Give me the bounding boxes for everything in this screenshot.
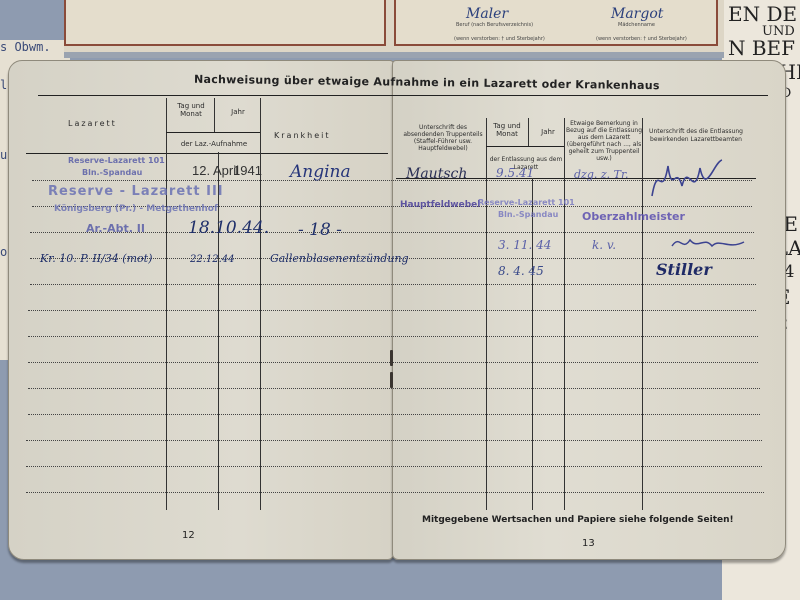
illness-handwriting: - 18 - (298, 220, 342, 240)
admission-date-handwriting: 18.10.44. (188, 218, 269, 238)
bg-right-line: N BEF (728, 36, 795, 60)
header-lazarett: Lazarett (68, 120, 117, 128)
column-divider (528, 118, 529, 146)
lazarett-stamp: Reserve-Lazarett 101 (68, 156, 165, 165)
lazarett-stamp: Reserve - Lazarett III (48, 184, 224, 199)
column-divider (642, 118, 643, 510)
top-booklet-right-page: Maler Beruf (nach Berufsverzeichnis) (we… (394, 0, 718, 46)
header-year: Jahr (220, 108, 256, 116)
official-signature-handwriting: Stiller (656, 260, 712, 279)
header-year: Jahr (534, 128, 562, 136)
header-official-signature: Unterschrift des die Entlassung bewirken… (646, 128, 746, 144)
row-rule (28, 414, 760, 415)
unit-stamp: Hauptfeldwebel (400, 200, 480, 210)
header-remarks: Etwaige Bemerkung in Bezug auf die Entla… (566, 120, 642, 162)
header-top-rule (38, 95, 768, 96)
soldbuch-open-booklet: Nachweisung über etwaige Aufnahme in ein… (8, 60, 788, 560)
subheader-rule (486, 146, 564, 147)
column-divider (486, 118, 487, 510)
bg-right-line: EN DE (728, 2, 797, 26)
staple-bottom (390, 372, 393, 388)
background-booklet-top: Maler Beruf (nach Berufsverzeichnis) (we… (64, 0, 724, 58)
staple-top (390, 350, 393, 366)
lazarett-stamp: Bln.-Spandau (82, 168, 142, 177)
name-label: Mädchenname (618, 22, 655, 28)
subheader-rule (166, 132, 260, 133)
column-divider (166, 98, 167, 510)
discharge-date-handwriting: 8. 4. 45 (498, 264, 544, 278)
page-number-left: 12 (182, 530, 195, 541)
row-rule (26, 492, 764, 493)
name-handwriting: Margot (611, 6, 663, 22)
deceased-note: (wenn verstorben: † und Sterbejahr) (596, 36, 687, 42)
deceased-note: (wenn verstorben: † und Sterbejahr) (454, 36, 545, 42)
header-day-month: Tag und Monat (488, 122, 526, 138)
header-day-month: Tag und Monat (172, 102, 210, 118)
header-illness: Krankheit (274, 132, 331, 140)
discharge-stamp: Bln.-Spandau (498, 210, 558, 219)
column-divider (214, 98, 215, 133)
column-divider (532, 178, 533, 510)
lazarett-stamp: Ar.-Abt. II (86, 222, 145, 235)
admission-day-month: 12. April (192, 163, 239, 178)
admission-date-handwriting: 22.12.44 (190, 254, 235, 265)
row-rule (28, 336, 758, 337)
row-rule (28, 310, 756, 311)
occupation-label: Beruf (nach Berufsverzeichnis) (456, 22, 533, 28)
remarks-handwriting: k. v. (592, 238, 616, 252)
column-divider (564, 118, 565, 510)
page-number-right: 13 (582, 538, 595, 549)
row-rule (28, 362, 758, 363)
row-rule (28, 388, 760, 389)
illness-handwriting: Angina (290, 162, 351, 182)
header-admission: der Laz.-Aufnahme (168, 140, 260, 148)
footer-note: Mitgegebene Wertsachen und Papiere siehe… (422, 515, 734, 525)
official-signature-scribble (648, 156, 728, 216)
top-booklet-left-page (64, 0, 386, 46)
header-bottom-rule-left (26, 153, 388, 154)
discharge-stamp: Reserve-Lazarett 101 (478, 198, 575, 207)
lazarett-handwriting: Kr. 10. P. II/34 (mot) (40, 252, 152, 265)
admission-year: 1941 (233, 163, 262, 178)
discharge-date-handwriting: 3. 11. 44 (498, 238, 551, 252)
remarks-handwriting: dzg. z. Tr. (574, 168, 629, 181)
bg-left-line: s Obwm. (0, 40, 51, 54)
occupation-handwriting: Maler (466, 6, 508, 22)
row-rule (32, 180, 752, 181)
row-rule (30, 284, 756, 285)
row-rule (26, 440, 762, 441)
header-unit-signature: Unterschrift des absendenden Truppenteil… (402, 124, 484, 152)
lazarett-stamp: Königsberg (Pr.) - Metgethenhof (54, 204, 218, 214)
illness-handwriting: Gallenblasenentzündung (270, 252, 409, 265)
official-signature-scribble (668, 232, 748, 256)
unit-signature-handwriting: Mautsch (406, 166, 467, 182)
discharge-date-handwriting: 9.5.41 (496, 166, 534, 180)
row-rule (26, 466, 762, 467)
column-divider (260, 98, 261, 510)
